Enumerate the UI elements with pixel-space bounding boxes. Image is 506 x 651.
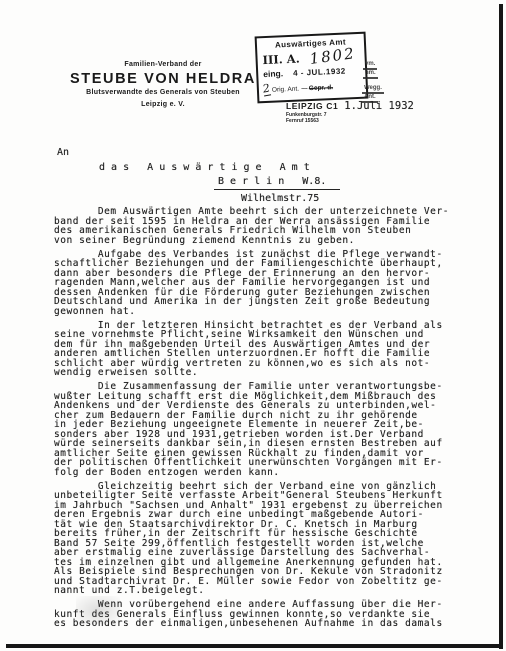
- recipient-city: B e r l i n W.8.: [214, 176, 340, 190]
- letterhead-city: Leipzig e. V.: [68, 100, 258, 109]
- letterhead-org-name: STEUBE VON HELDRA: [68, 71, 258, 87]
- recipient-salutation: An: [57, 147, 69, 158]
- body-paragraph: Wenn vorübergehend eine andere Auffassun…: [54, 600, 494, 629]
- stamp-orig-dash: -----: [301, 85, 307, 92]
- scan-edge-bottom: [6, 644, 503, 648]
- stamp-side-mark-nm: nm.: [363, 70, 378, 79]
- body-paragraph: Dem Auswärtigen Amte beehrt sich der unt…: [54, 207, 494, 245]
- body-paragraph: In der letzteren Hinsicht betrachtet es …: [54, 321, 494, 378]
- stamp-received-label: eing.: [263, 68, 283, 79]
- stamp-gepr-label: Gepr. d.: [309, 84, 333, 92]
- recipient-office: d a s A u s w ä r t i g e A m t: [99, 162, 310, 173]
- body-paragraph: Gleichzeitig beehrt sich der Verband ein…: [54, 482, 494, 596]
- letterhead-subtitle: Blutsverwandte des Generals von Steuben: [68, 88, 258, 97]
- scan-edge-right: [499, 4, 503, 649]
- stamp-orig-row: 2 Orig. Ant. ----- Gepr. d.: [263, 78, 367, 96]
- recipient-street: Wilhelmstr.75: [241, 193, 319, 204]
- stamp-side-mark-vm: vm.: [363, 61, 377, 70]
- dateline-place: LEIPZIG C1: [286, 101, 338, 111]
- stamp-received-date: 4 - JUL.1932: [293, 67, 346, 78]
- stamp-orig-mark-handwritten: 2: [262, 81, 271, 96]
- stamp-ref-prefix: III. A.: [262, 52, 300, 68]
- letterhead-org-type: Familien-Verband der: [68, 60, 258, 69]
- dateline: LEIPZIG C1 1.Juli 1932 Funkenburgstr. 7 …: [286, 100, 414, 124]
- letterhead: Familien-Verband der STEUBE VON HELDRA B…: [68, 60, 258, 109]
- scan-smudge: [76, 596, 120, 624]
- dateline-date: 1.Juli 1932: [344, 100, 414, 112]
- scanned-letter-page: Familien-Verband der STEUBE VON HELDRA B…: [0, 0, 506, 651]
- stamp-corner-mark-top: Wegg.: [362, 85, 384, 94]
- body-paragraph: Die Zusammenfassung der Familie unter ve…: [54, 382, 494, 477]
- dateline-phone: Fernruf 15563: [286, 118, 414, 124]
- dateline-row: LEIPZIG C1 1.Juli 1932: [286, 100, 414, 112]
- stamp-orig-label: Orig. Ant.: [272, 86, 299, 94]
- body-text: Dem Auswärtigen Amte beehrt sich der unt…: [54, 207, 494, 633]
- stamp-side-marks: vm. nm.: [363, 61, 389, 79]
- received-stamp: Auswärtiges Amt III. A. 1802 eing. 4 - J…: [255, 32, 369, 104]
- body-paragraph: Aufgabe des Verbandes ist zunächst die P…: [54, 250, 494, 317]
